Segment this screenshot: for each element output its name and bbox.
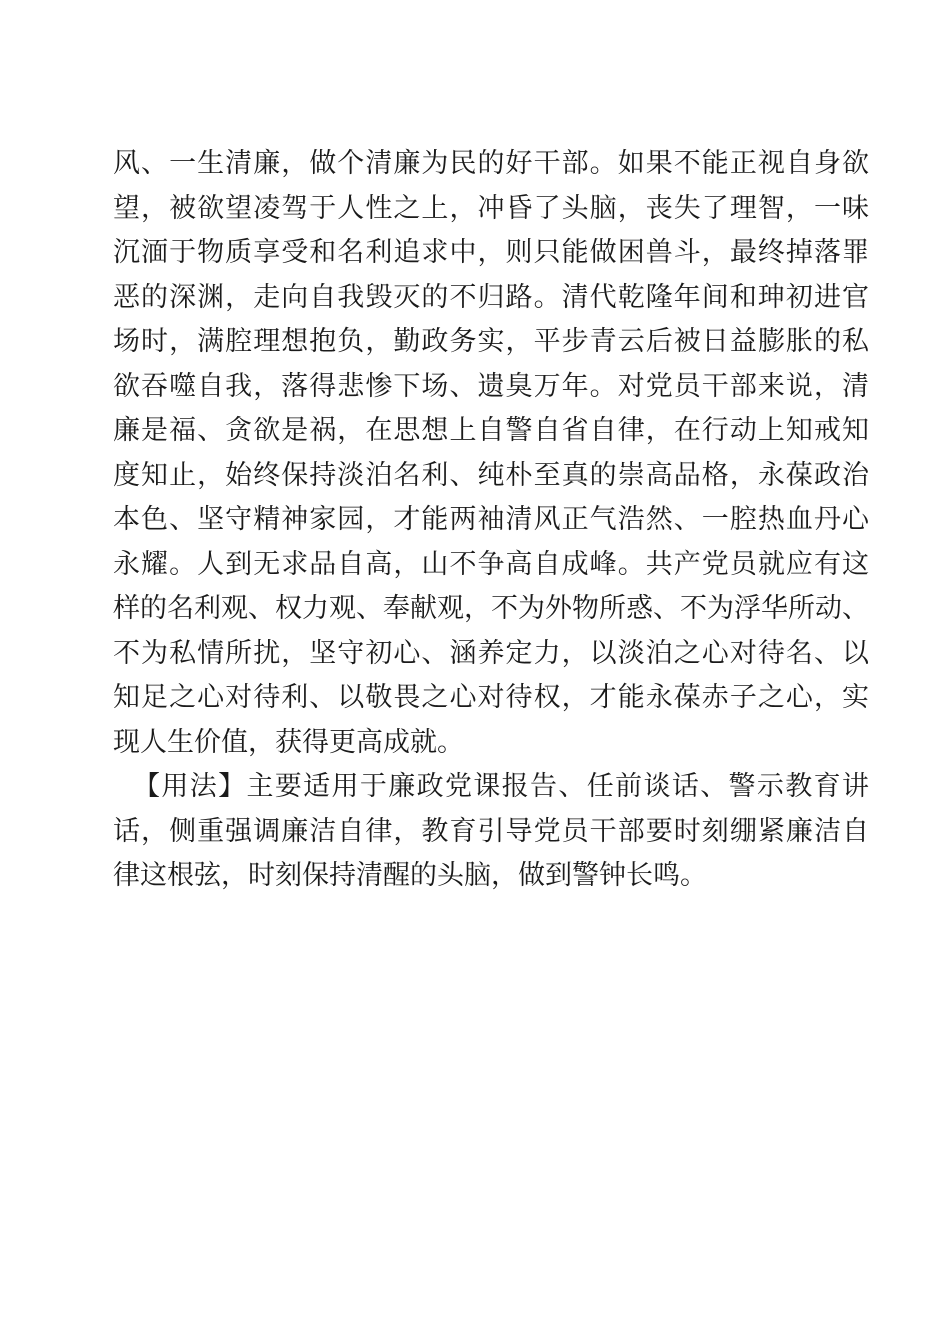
- document-page: 风、一生清廉，做个清廉为民的好干部。如果不能正视自身欲 望，被欲望凌驾于人性之上…: [0, 0, 950, 1344]
- text-line: 沉湎于物质享受和名利追求中，则只能做困兽斗，最终掉落罪: [113, 230, 869, 275]
- usage-note-line: 话，侧重强调廉洁自律，教育引导党员干部要时刻绷紧廉洁自: [113, 809, 869, 854]
- text-line: 不为私情所扰，坚守初心、涵养定力，以淡泊之心对待名、以: [113, 631, 869, 676]
- text-line: 欲吞噬自我，落得悲惨下场、遗臭万年。对党员干部来说，清: [113, 364, 869, 409]
- text-line: 廉是福、贪欲是祸，在思想上自警自省自律，在行动上知戒知: [113, 408, 869, 453]
- text-line: 度知止，始终保持淡泊名利、纯朴至真的崇高品格，永葆政治: [113, 453, 869, 498]
- document-body: 风、一生清廉，做个清廉为民的好干部。如果不能正视自身欲 望，被欲望凌驾于人性之上…: [113, 141, 869, 898]
- text-line: 恶的深渊，走向自我毁灭的不归路。清代乾隆年间和珅初进官: [113, 275, 869, 320]
- text-line: 现人生价值，获得更高成就。: [113, 720, 869, 765]
- usage-note-line: 律这根弦，时刻保持清醒的头脑，做到警钟长鸣。: [113, 853, 869, 898]
- text-line: 望，被欲望凌驾于人性之上，冲昏了头脑，丧失了理智，一味: [113, 186, 869, 231]
- text-line: 样的名利观、权力观、奉献观，不为外物所惑、不为浮华所动、: [113, 586, 869, 631]
- usage-note-line: 【用法】主要适用于廉政党课报告、任前谈话、警示教育讲: [113, 764, 869, 809]
- text-line: 场时，满腔理想抱负，勤政务实，平步青云后被日益膨胀的私: [113, 319, 869, 364]
- text-line: 本色、坚守精神家园，才能两袖清风正气浩然、一腔热血丹心: [113, 497, 869, 542]
- text-line: 知足之心对待利、以敬畏之心对待权，才能永葆赤子之心，实: [113, 675, 869, 720]
- text-line: 永耀。人到无求品自高，山不争高自成峰。共产党员就应有这: [113, 542, 869, 587]
- text-line: 风、一生清廉，做个清廉为民的好干部。如果不能正视自身欲: [113, 141, 869, 186]
